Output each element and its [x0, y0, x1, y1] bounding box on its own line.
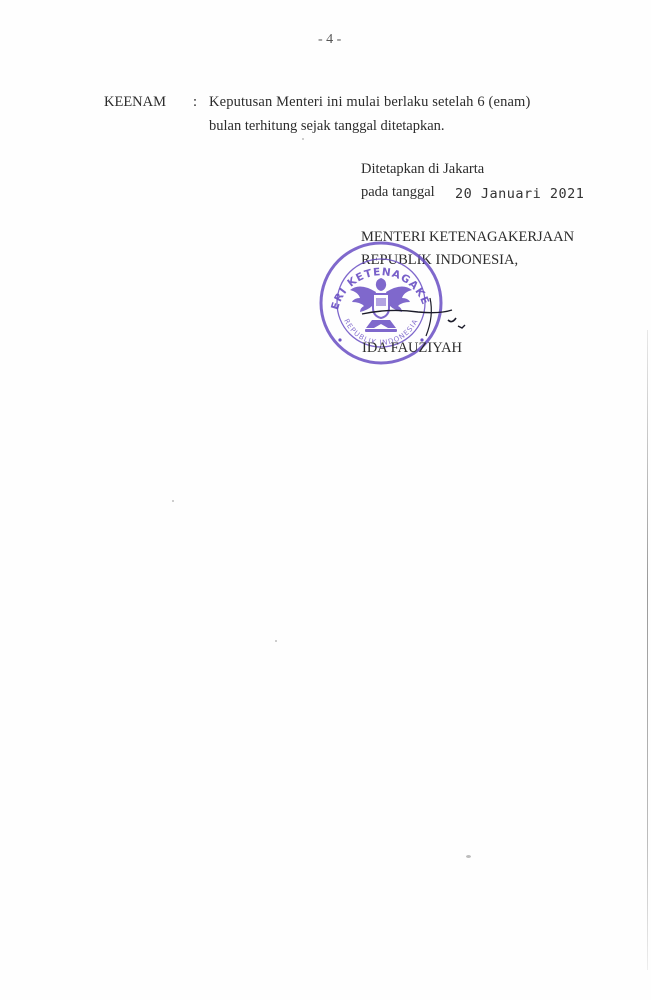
- article-text-line-1: Keputusan Menteri ini mulai berlaku sete…: [209, 94, 530, 111]
- article-text-line-2: bulan terhitung sejak tanggal ditetapkan…: [209, 118, 445, 135]
- article-label: KEENAM: [104, 94, 166, 111]
- enactment-date-label: pada tanggal: [361, 184, 435, 201]
- document-page: - 4 - KEENAM : Keputusan Menteri ini mul…: [0, 0, 651, 1000]
- scan-edge-shadow: [647, 330, 648, 970]
- scan-speck: [172, 500, 174, 502]
- enactment-place: Ditetapkan di Jakarta: [361, 161, 484, 178]
- scan-speck: [302, 138, 304, 140]
- signature: [360, 290, 470, 340]
- scan-speck: [275, 640, 277, 642]
- scan-speck: [466, 855, 471, 858]
- enactment-date-value: 20 Januari 2021: [455, 186, 584, 202]
- signatory-name: IDA FAUZIYAH: [362, 340, 462, 357]
- article-separator: :: [193, 94, 197, 111]
- page-number: - 4 -: [318, 32, 341, 48]
